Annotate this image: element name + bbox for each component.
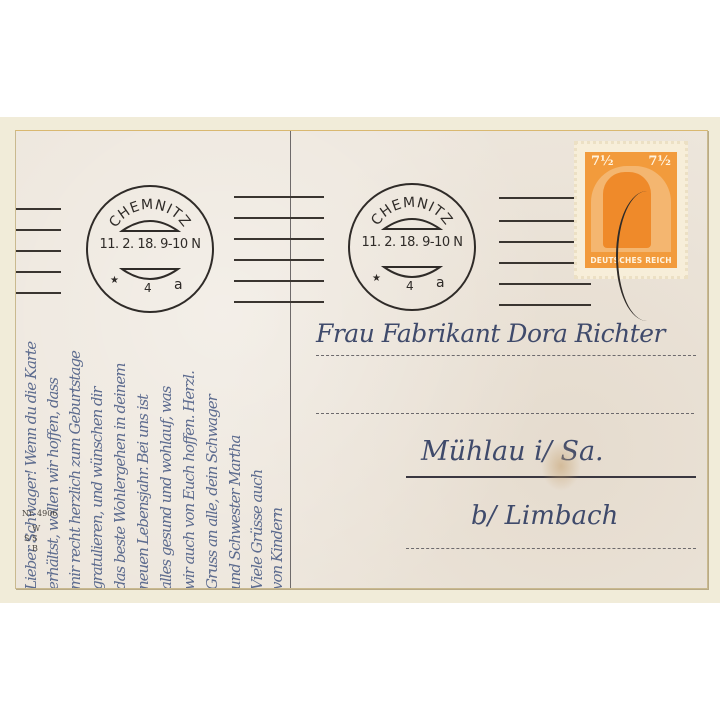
message-line: von Kindern [268, 135, 290, 588]
publisher-number: Nr. 4906 [22, 509, 57, 518]
message-line: erhältst, wollen wir hoffen, dass [44, 135, 66, 588]
postmark-left: CHEMNITZ 11. 2. 18. 9-10 N ★ 4 a [86, 185, 214, 313]
svg-text:CHEMNITZ: CHEMNITZ [106, 197, 194, 231]
postcard: Lieber Schwager! Wenn du die Karte erhäl… [15, 130, 708, 589]
stamp-cancel-arc [616, 191, 678, 321]
postmark-date: 11. 2. 18. 9-10 N [88, 237, 212, 252]
postmark-letter: a [174, 277, 183, 293]
center-divider [290, 131, 291, 588]
svg-text:CHEMNITZ: CHEMNITZ [368, 195, 456, 229]
postmark-office-number: 4 [144, 281, 152, 295]
stain-mark [541, 441, 581, 491]
stamp-value-right: 7½ [648, 154, 671, 169]
postmark-star-icon: ★ [372, 273, 381, 284]
publisher-logo-top: W [32, 524, 40, 533]
address-rule-4 [406, 548, 696, 549]
message-line: Lieber Schwager! Wenn du die Karte [22, 135, 44, 588]
address-line-4: b/ Limbach [471, 501, 618, 531]
postmark-letter: a [436, 275, 445, 291]
postmark-date: 11. 2. 18. 9-10 N [350, 235, 474, 250]
message-line: mir recht herzlich zum Geburtstage [66, 135, 88, 588]
address-rule-2 [316, 413, 694, 414]
publisher-logo-bottom: B [32, 544, 38, 553]
address-rule-1 [316, 355, 696, 356]
message-line: und Schwester Martha [226, 135, 248, 588]
publisher-logo-mid: S S [24, 534, 38, 543]
address-line-1: Frau Fabrikant Dora Richter [316, 319, 665, 348]
message-line: Viele Grüsse auch [248, 135, 270, 588]
postmark-right: CHEMNITZ 11. 2. 18. 9-10 N ★ 4 a [348, 183, 476, 311]
postmark-star-icon: ★ [110, 275, 119, 286]
postmark-office-number: 4 [406, 279, 414, 293]
stamp-value-left: 7½ [591, 154, 614, 169]
